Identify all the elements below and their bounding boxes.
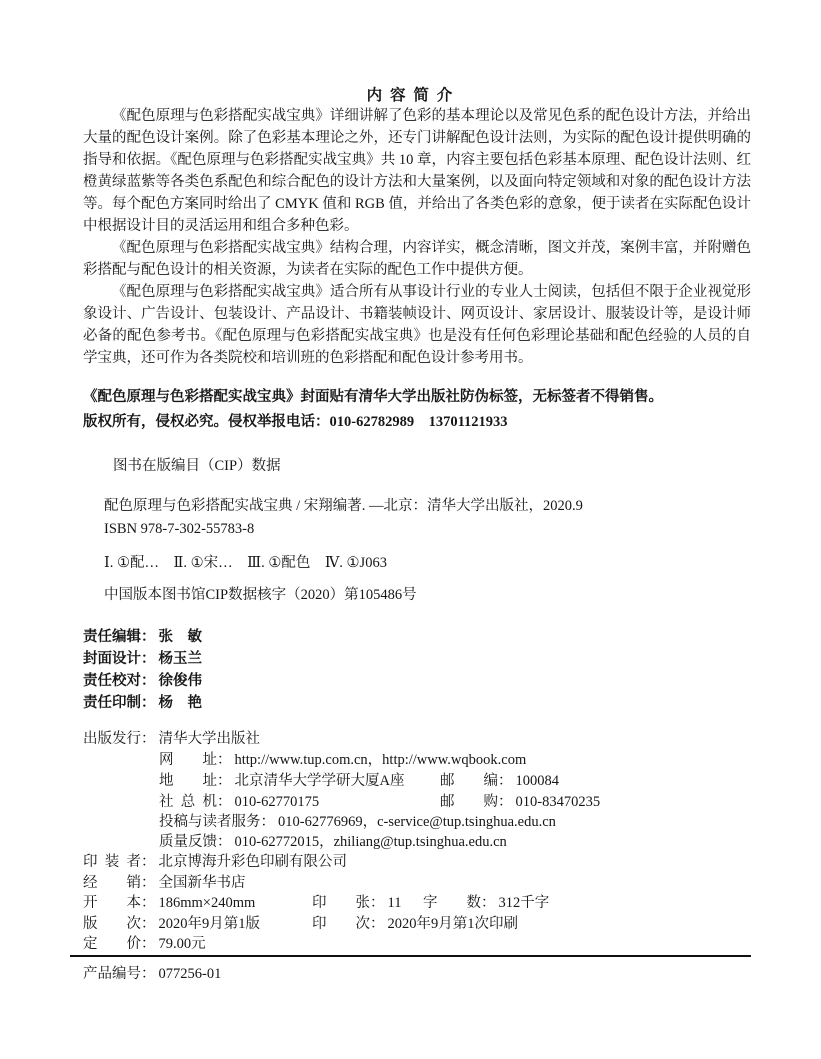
legal-notice: 《配色原理与色彩搭配实战宝典》封面贴有清华大学出版社防伪标签，无标签者不得销售。… [83, 385, 763, 435]
product-number-value: 077256-01 [159, 966, 222, 982]
distributor-row: 经销：全国新华书店 [83, 871, 773, 892]
address-value: 北京清华大学学研大厦A座 [235, 773, 405, 789]
reader-service-label: 投稿与读者服务 [159, 810, 261, 831]
wordcount-value: 312千字 [499, 895, 550, 911]
edition-value: 2020年9月第1版 [159, 916, 261, 932]
impression-label: 印次 [312, 912, 370, 933]
printer-row: 印装者：北京博海升彩色印刷有限公司 [83, 850, 773, 871]
price-value: 79.00元 [159, 936, 206, 952]
website-urls: http://www.tup.com.cn，http://www.wqbook.… [235, 752, 527, 768]
postcode-col: 邮编：100084 [440, 769, 559, 790]
intro-paragraph-1: 《配色原理与色彩搭配实战宝典》详细讲解了色彩的基本理论以及常见色系的配色设计方法… [83, 105, 751, 237]
distributor-label: 经销 [83, 871, 141, 892]
quality-feedback-row: 质量反馈：010-62772015，zhiliang@tup.tsinghua.… [83, 830, 773, 851]
mailorder-label: 邮购 [440, 790, 498, 811]
format-value: 186mm×240mm [159, 895, 256, 911]
printer-name: 北京博海升彩色印刷有限公司 [159, 854, 348, 870]
cip-entry: 配色原理与色彩搭配实战宝典 / 宋翔编著. —北京：清华大学出版社，2020.9 [104, 494, 583, 515]
mailorder-number: 010-83470235 [516, 794, 601, 810]
page-title: 内 容 简 介 [0, 83, 821, 105]
staff-row-proofreader: 责任校对：徐俊伟 [83, 670, 202, 692]
reader-service-contact: 010-62776969，c-service@tup.tsinghua.edu.… [278, 814, 556, 830]
sheets-value: 11 [388, 895, 402, 911]
product-number-label: 产品编号 [83, 966, 141, 982]
publisher-row: 出版发行：清华大学出版社 [83, 727, 773, 748]
quality-feedback-contact: 010-62772015，zhiliang@tup.tsinghua.edu.c… [235, 834, 507, 850]
switchboard-number: 010-62770175 [235, 794, 320, 810]
book-copyright-page: 内 容 简 介 《配色原理与色彩搭配实战宝典》详细讲解了色彩的基本理论以及常见色… [0, 0, 821, 1059]
sheets-label: 印张 [312, 891, 370, 912]
cip-registry: 中国版本图书馆CIP数据核字（2020）第105486号 [104, 583, 417, 604]
staff-section: 责任编辑：张 敏 封面设计：杨玉兰 责任校对：徐俊伟 责任印制：杨 艳 [83, 626, 202, 714]
staff-row-print-supervisor: 责任印制：杨 艳 [83, 692, 202, 714]
mailorder-col: 邮购：010-83470235 [440, 790, 600, 811]
staff-row-editor: 责任编辑：张 敏 [83, 626, 202, 648]
postcode-label: 邮编 [440, 769, 498, 790]
editor-label: 责任编辑 [83, 626, 141, 648]
distributor-name: 全国新华书店 [159, 875, 246, 891]
publisher-label: 出版发行 [83, 727, 141, 748]
print-supervisor-label: 责任印制 [83, 692, 141, 714]
cip-isbn: ISBN 978-7-302-55783-8 [104, 521, 254, 538]
format-label: 开本 [83, 891, 141, 912]
postcode-value: 100084 [516, 773, 560, 789]
publisher-name: 清华大学出版社 [159, 731, 261, 747]
product-number-row: 产品编号：077256-01 [83, 962, 221, 983]
divider-line [70, 955, 751, 957]
price-label: 定价 [83, 932, 141, 953]
intro-paragraph-2: 《配色原理与色彩搭配实战宝典》结构合理，内容详实，概念清晰，图文并茂，案例丰富，… [83, 237, 751, 281]
cip-classification: Ⅰ. ①配… Ⅱ. ①宋… Ⅲ. ①配色 Ⅳ. ①J063 [104, 551, 387, 572]
quality-feedback-label: 质量反馈 [159, 830, 217, 851]
reader-service-row: 投稿与读者服务：010-62776969，c-service@tup.tsing… [83, 810, 773, 831]
address-label: 地址 [159, 769, 217, 790]
wordcount-label: 字数 [423, 891, 481, 912]
cover-designer-label: 封面设计 [83, 648, 141, 670]
printer-label: 印装者 [83, 850, 141, 871]
address-row: 地址：北京清华大学学研大厦A座 邮编：100084 [83, 769, 773, 790]
website-row: 网址：http://www.tup.com.cn，http://www.wqbo… [83, 748, 773, 769]
price-row: 定价：79.00元 [83, 932, 773, 953]
staff-row-cover-designer: 封面设计：杨玉兰 [83, 648, 202, 670]
edition-row: 版次：2020年9月第1版 印次：2020年9月第1次印刷 [83, 912, 773, 933]
cip-header: 图书在版编目（CIP）数据 [113, 454, 281, 475]
intro-section: 《配色原理与色彩搭配实战宝典》详细讲解了色彩的基本理论以及常见色系的配色设计方法… [83, 105, 751, 369]
wordcount-col: 字数：312千字 [423, 891, 549, 912]
anti-counterfeit-notice: 《配色原理与色彩搭配实战宝典》封面贴有清华大学出版社防伪标签，无标签者不得销售。 [83, 385, 763, 410]
copyright-notice: 版权所有，侵权必究。侵权举报电话：010-62782989 1370112193… [83, 410, 763, 435]
impression-col: 印次：2020年9月第1次印刷 [312, 912, 518, 933]
proofreader-name: 徐俊伟 [159, 673, 203, 689]
impression-value: 2020年9月第1次印刷 [388, 916, 519, 932]
print-supervisor-name: 杨 艳 [159, 695, 203, 711]
cover-designer-name: 杨玉兰 [159, 651, 203, 667]
switchboard-label: 社总机 [159, 790, 217, 811]
sheets-col: 印张：11 [312, 891, 401, 912]
editor-name: 张 敏 [159, 629, 203, 645]
website-label: 网址 [159, 748, 217, 769]
switchboard-row: 社总机：010-62770175 邮购：010-83470235 [83, 790, 773, 811]
edition-label: 版次 [83, 912, 141, 933]
format-row: 开本：186mm×240mm 印张：11 字数：312千字 [83, 891, 773, 912]
proofreader-label: 责任校对 [83, 670, 141, 692]
intro-paragraph-3: 《配色原理与色彩搭配实战宝典》适合所有从事设计行业的专业人士阅读，包括但不限于企… [83, 281, 751, 369]
